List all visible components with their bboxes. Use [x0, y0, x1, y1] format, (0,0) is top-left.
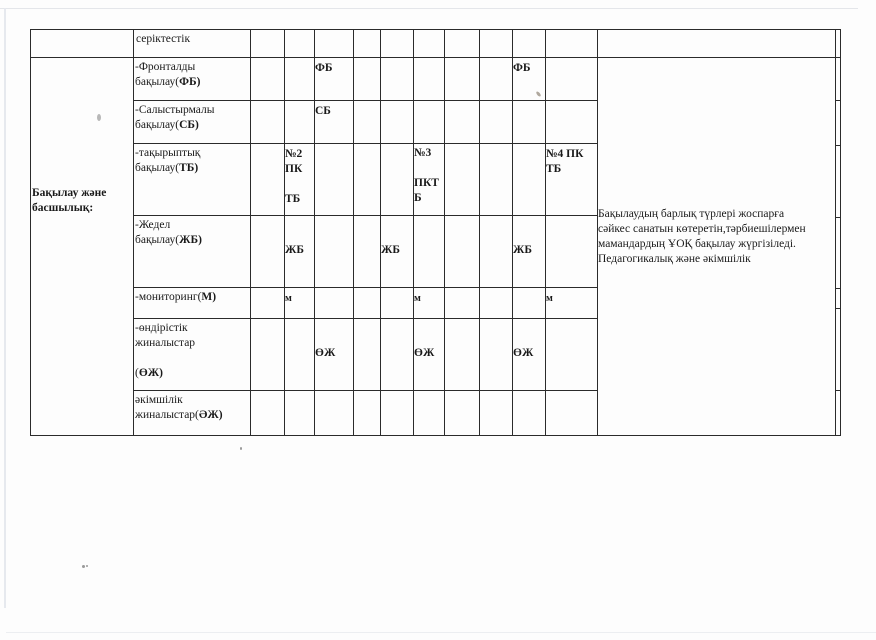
schedule-cell	[284, 390, 315, 436]
schedule-cell	[353, 287, 381, 319]
top-row-cell	[479, 29, 513, 58]
schedule-cell	[413, 57, 445, 101]
row-label: -Жедел бақылау(ЖБ)	[135, 218, 202, 248]
schedule-cell	[353, 215, 381, 288]
schedule-cell	[479, 57, 513, 101]
schedule-cell	[512, 100, 546, 144]
row-label-code: СБ	[179, 119, 195, 131]
top-row-cell	[353, 29, 381, 58]
top-row-cell	[250, 29, 285, 58]
scan-speck	[97, 114, 101, 121]
schedule-cell	[250, 390, 285, 436]
schedule-cell	[250, 143, 285, 216]
row-label: -тақырыптық бақылау(ТБ)	[135, 146, 200, 176]
row-label-text: -Жедел бақылау(	[135, 219, 179, 246]
schedule-cell	[380, 287, 414, 319]
schedule-cell	[353, 100, 381, 144]
schedule-cell	[380, 57, 414, 101]
schedule-cell	[353, 57, 381, 101]
schedule-cell	[545, 57, 598, 101]
schedule-cell	[284, 100, 315, 144]
schedule-cell	[353, 318, 381, 391]
row-label-paren: )	[159, 367, 163, 379]
top-row-label: серіктестік	[136, 32, 190, 47]
schedule-cell	[250, 318, 285, 391]
row-label-code: ӘЖ	[199, 409, 219, 421]
scan-speck	[240, 447, 242, 450]
edge-cell	[835, 57, 841, 101]
schedule-cell	[353, 390, 381, 436]
schedule-cell	[479, 143, 513, 216]
schedule-cell	[380, 100, 414, 144]
top-row-cell	[284, 29, 315, 58]
schedule-cell	[545, 318, 598, 391]
row-label-paren: )	[219, 409, 223, 421]
schedule-cell	[250, 100, 285, 144]
top-row-description-cell	[597, 29, 836, 58]
row-label-paren: )	[212, 291, 216, 303]
schedule-cell	[413, 100, 445, 144]
schedule-cell	[479, 287, 513, 319]
row-label-paren: )	[195, 119, 199, 131]
top-row-cell	[512, 29, 546, 58]
schedule-cell	[545, 390, 598, 436]
schedule-cell	[512, 287, 546, 319]
schedule-cell	[444, 287, 480, 319]
schedule-cell	[444, 100, 480, 144]
schedule-cell	[284, 57, 315, 101]
schedule-cell	[250, 215, 285, 288]
scan-speck	[82, 565, 85, 568]
row-label: -Фронталды бақылау(ФБ)	[135, 60, 200, 90]
schedule-cell	[479, 215, 513, 288]
schedule-cell	[314, 215, 354, 288]
schedule-cell	[444, 390, 480, 436]
schedule-cell	[250, 287, 285, 319]
row-label-paren: )	[194, 162, 198, 174]
schedule-cell	[314, 143, 354, 216]
schedule-mark: №4 ПК ТБ	[546, 147, 608, 177]
schedule-cell	[479, 318, 513, 391]
schedule-cell	[512, 143, 546, 216]
description-text: Бақылаудың барлық түрлері жоспарға сәйке…	[598, 207, 838, 267]
top-row-section-cell	[30, 29, 134, 58]
schedule-cell	[413, 215, 445, 288]
section-label: Бақылау және басшылық:	[32, 186, 132, 216]
schedule-cell	[380, 143, 414, 216]
row-label: -мониторинг(М)	[135, 290, 216, 305]
top-row-cell	[413, 29, 445, 58]
schedule-cell	[444, 215, 480, 288]
row-label-code: ЖБ	[179, 234, 198, 246]
row-label-code: ФБ	[179, 76, 196, 88]
scan-speck	[86, 565, 88, 567]
row-label-text: -мониторинг(	[135, 291, 201, 303]
row-label-code: М	[201, 291, 212, 303]
top-row-cell	[444, 29, 480, 58]
schedule-cell	[545, 100, 598, 144]
top-row-cell	[314, 29, 354, 58]
row-label: әкімшілік жиналыстар(ӘЖ)	[135, 393, 223, 423]
row-label-text: әкімшілік жиналыстар(	[135, 394, 199, 421]
edge-cell	[835, 145, 841, 218]
schedule-cell	[512, 390, 546, 436]
schedule-cell	[284, 318, 315, 391]
schedule-cell	[314, 390, 354, 436]
schedule-cell	[380, 390, 414, 436]
top-row-cell	[545, 29, 598, 58]
schedule-cell	[380, 318, 414, 391]
edge-cell	[835, 100, 841, 146]
schedule-cell	[444, 143, 480, 216]
row-label-paren: )	[197, 76, 201, 88]
top-row-cell	[380, 29, 414, 58]
edge-cell	[835, 217, 841, 289]
row-label-code: ТБ	[179, 162, 194, 174]
control-table: серіктестікБақылау және басшылық: Бақыла…	[0, 0, 876, 640]
row-label: -өндірістік жиналыстар (ӨЖ)	[135, 321, 195, 381]
schedule-cell	[444, 318, 480, 391]
schedule-cell	[479, 100, 513, 144]
edge-cell	[835, 308, 841, 391]
row-label-code: ӨЖ	[139, 367, 159, 379]
row-label-paren: )	[198, 234, 202, 246]
schedule-mark: м	[546, 291, 608, 306]
edge-cell	[835, 288, 841, 309]
row-label-text: -Салыстырмалы бақылау(	[135, 104, 214, 131]
edge-cell	[835, 390, 841, 436]
section-label-cell	[30, 57, 134, 436]
schedule-cell	[444, 57, 480, 101]
schedule-cell	[314, 287, 354, 319]
schedule-cell	[250, 57, 285, 101]
schedule-cell	[479, 390, 513, 436]
schedule-cell	[413, 390, 445, 436]
top-row-edge-cell	[835, 29, 841, 58]
schedule-cell	[353, 143, 381, 216]
schedule-cell	[545, 215, 598, 288]
row-label: -Салыстырмалы бақылау(СБ)	[135, 103, 214, 133]
